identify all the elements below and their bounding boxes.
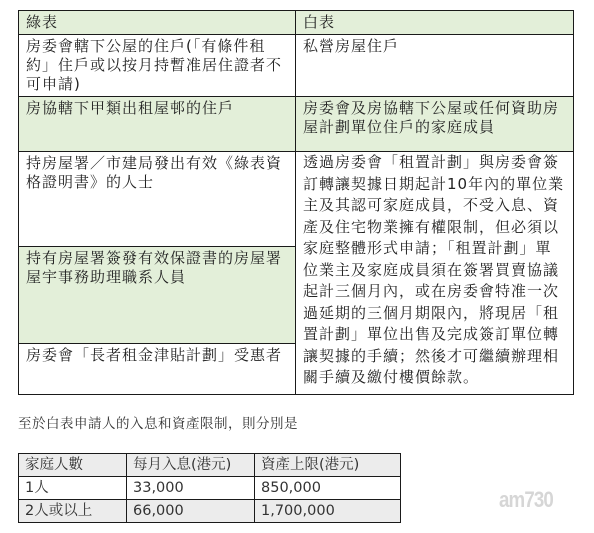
- eligibility-table: 綠表 白表 房委會轄下公屋的住戶(「有條件租約」住戶或以按月持暫准居住證者不可申…: [18, 10, 574, 395]
- asset-limit: 1,700,000: [255, 500, 401, 523]
- header-white-form: 白表: [296, 11, 574, 35]
- white-form-cell: 私營房屋住戶: [296, 35, 574, 97]
- watermark-logo: am730: [499, 487, 553, 513]
- header-green-form: 綠表: [19, 11, 296, 35]
- household-size: 1人: [19, 477, 127, 500]
- green-form-cell: 房協轄下甲類出租屋邨的住戶: [19, 97, 296, 152]
- green-form-cell: 持房屋署／市建局發出有效《綠表資格證明書》的人士: [19, 152, 296, 247]
- monthly-income: 66,000: [127, 500, 255, 523]
- table-header-row: 家庭人數 每月入息(港元) 資產上限(港元): [19, 454, 401, 477]
- green-form-cell: 房委會「長者租金津貼計劃」受惠者: [19, 344, 296, 395]
- white-form-merged-cell: 透過房委會「租置計劃」與房委會簽訂轉讓契據日期起計10年內的單位業主及其認可家庭…: [296, 152, 574, 395]
- income-asset-intro: 至於白表申請人的入息和資產限制，則分別是: [18, 412, 298, 432]
- asset-limit: 850,000: [255, 477, 401, 500]
- white-form-cell: 房委會及房協轄下公屋或任何資助房屋計劃單位住戶的家庭成員: [296, 97, 574, 152]
- green-form-cell: 持有房屋署簽發有效保證書的房屋署屋宇事務助理職系人員: [19, 247, 296, 344]
- table-row: 1人 33,000 850,000: [19, 477, 401, 500]
- green-form-cell: 房委會轄下公屋的住戶(「有條件租約」住戶或以按月持暫准居住證者不可申請): [19, 35, 296, 97]
- table-row: 2人或以上 66,000 1,700,000: [19, 500, 401, 523]
- header-household-size: 家庭人數: [19, 454, 127, 477]
- income-asset-limits-table: 家庭人數 每月入息(港元) 資產上限(港元) 1人 33,000 850,000…: [18, 453, 401, 523]
- household-size: 2人或以上: [19, 500, 127, 523]
- header-asset-limit: 資產上限(港元): [255, 454, 401, 477]
- header-monthly-income: 每月入息(港元): [127, 454, 255, 477]
- monthly-income: 33,000: [127, 477, 255, 500]
